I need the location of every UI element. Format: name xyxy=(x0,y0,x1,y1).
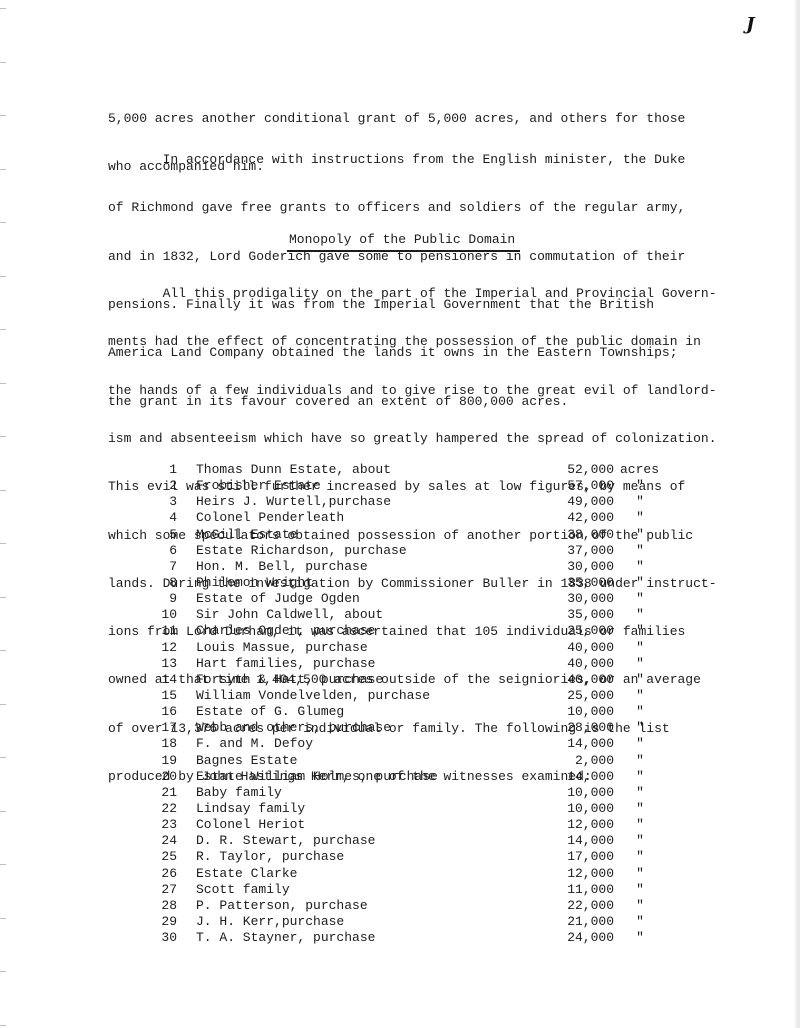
margin-tick xyxy=(0,115,6,116)
item-number: 28 xyxy=(150,898,177,914)
ditto-mark: " xyxy=(620,527,660,543)
text-line: ments had the effect of concentrating th… xyxy=(108,334,728,350)
item-number: 9 xyxy=(150,591,177,607)
list-item: 13Hart families, purchase40,000" xyxy=(150,656,680,672)
scan-edge-shadow xyxy=(795,0,800,1028)
acreage: 52,000 xyxy=(550,462,614,478)
ditto-mark: " xyxy=(620,623,660,639)
item-number: 20 xyxy=(150,769,177,785)
item-number: 19 xyxy=(150,753,177,769)
acreage: 35,000 xyxy=(550,575,614,591)
ditto-mark: " xyxy=(620,510,660,526)
acreage: 40,000 xyxy=(550,672,614,688)
item-number: 24 xyxy=(150,833,177,849)
list-item: 8Philemon Wright35,000" xyxy=(150,575,680,591)
list-item: 27Scott family11,000" xyxy=(150,882,680,898)
margin-tick xyxy=(0,704,6,705)
ditto-mark: " xyxy=(620,801,660,817)
holder-name: T. A. Stayner, purchase xyxy=(196,930,375,946)
margin-tick xyxy=(0,1025,6,1026)
unit-label: acres xyxy=(620,462,660,478)
list-item: 11Charles Ogden, purchase25,000" xyxy=(150,623,680,639)
list-item: 20Estate William Holmes, purchase14,000" xyxy=(150,769,680,785)
item-number: 25 xyxy=(150,849,177,865)
item-number: 10 xyxy=(150,607,177,623)
list-item: 16Estate of G. Glumeg10,000" xyxy=(150,704,680,720)
holder-name: Estate Richardson, purchase xyxy=(196,543,407,559)
item-number: 13 xyxy=(150,656,177,672)
holder-name: F. and M. Defoy xyxy=(196,736,313,752)
holder-name: P. Patterson, purchase xyxy=(196,898,368,914)
margin-tick xyxy=(0,383,6,384)
margin-tick xyxy=(0,543,6,544)
item-number: 15 xyxy=(150,688,177,704)
holder-name: Louis Massue, purchase xyxy=(196,640,368,656)
holder-name: Estate William Holmes, purchase xyxy=(196,769,438,785)
list-item: 28P. Patterson, purchase22,000" xyxy=(150,898,680,914)
acreage: 24,000 xyxy=(550,930,614,946)
ditto-mark: " xyxy=(620,672,660,688)
margin-tick xyxy=(0,276,6,277)
item-number: 17 xyxy=(150,720,177,736)
item-number: 8 xyxy=(150,575,177,591)
holder-name: D. R. Stewart, purchase xyxy=(196,833,375,849)
holder-name: R. Taylor, purchase xyxy=(196,849,344,865)
acreage: 12,000 xyxy=(550,817,614,833)
ditto-mark: " xyxy=(620,607,660,623)
acreage: 12,000 xyxy=(550,866,614,882)
ditto-mark: " xyxy=(620,753,660,769)
acreage: 21,000 xyxy=(550,914,614,930)
list-item: 17Webb and others, purchase28,000" xyxy=(150,720,680,736)
holder-name: McGill Estate xyxy=(196,527,297,543)
item-number: 29 xyxy=(150,914,177,930)
item-number: 12 xyxy=(150,640,177,656)
text-line: the hands of a few individuals and to gi… xyxy=(108,383,728,399)
margin-tick xyxy=(0,757,6,758)
acreage: 30,000 xyxy=(550,559,614,575)
list-item: 26Estate Clarke12,000" xyxy=(150,866,680,882)
list-item: 9Estate of Judge Ogden30,000" xyxy=(150,591,680,607)
list-item: 1Thomas Dunn Estate, about52,000acres xyxy=(150,462,680,478)
margin-tick xyxy=(0,811,6,812)
list-item: 14Forsyth & Hatt, purchase40,000" xyxy=(150,672,680,688)
list-item: 19Bagnes Estate2,000" xyxy=(150,753,680,769)
margin-tick xyxy=(0,864,6,865)
ditto-mark: " xyxy=(620,656,660,672)
section-heading: Monopoly of the Public Domain xyxy=(289,232,515,248)
list-item: 7Hon. M. Bell, purchase30,000" xyxy=(150,559,680,575)
list-item: 29J. H. Kerr,purchase21,000" xyxy=(150,914,680,930)
holder-name: Frobisher Estate xyxy=(196,478,321,494)
margin-tick xyxy=(0,597,6,598)
holder-name: Lindsay family xyxy=(196,801,305,817)
margin-tick xyxy=(0,62,6,63)
list-item: 18F. and M. Defoy14,000" xyxy=(150,736,680,752)
holder-name: Estate Clarke xyxy=(196,866,297,882)
acreage: 37,000 xyxy=(550,543,614,559)
item-number: 4 xyxy=(150,510,177,526)
item-number: 21 xyxy=(150,785,177,801)
heading-underline xyxy=(287,250,520,252)
list-item: 22Lindsay family10,000" xyxy=(150,801,680,817)
holder-name: Colonel Penderleath xyxy=(196,510,344,526)
list-item: 4Colonel Penderleath42,000" xyxy=(150,510,680,526)
list-item: 24D. R. Stewart, purchase14,000" xyxy=(150,833,680,849)
ditto-mark: " xyxy=(620,866,660,882)
ditto-mark: " xyxy=(620,543,660,559)
list-item: 6Estate Richardson, purchase37,000" xyxy=(150,543,680,559)
list-item: 25R. Taylor, purchase17,000" xyxy=(150,849,680,865)
acreage: 10,000 xyxy=(550,801,614,817)
holder-name: Baby family xyxy=(196,785,282,801)
holder-name: Estate of Judge Ogden xyxy=(196,591,360,607)
holder-name: J. H. Kerr,purchase xyxy=(196,914,344,930)
list-item: 10Sir John Caldwell, about35,000" xyxy=(150,607,680,623)
item-number: 14 xyxy=(150,672,177,688)
ditto-mark: " xyxy=(620,575,660,591)
holder-name: Bagnes Estate xyxy=(196,753,297,769)
acreage: 42,000 xyxy=(550,510,614,526)
holder-name: Colonel Heriot xyxy=(196,817,305,833)
margin-tick xyxy=(0,436,6,437)
margin-tick xyxy=(0,918,6,919)
item-number: 6 xyxy=(150,543,177,559)
list-item: 30T. A. Stayner, purchase24,000" xyxy=(150,930,680,946)
acreage: 14,000 xyxy=(550,736,614,752)
holder-name: Hart families, purchase xyxy=(196,656,375,672)
holder-name: Charles Ogden, purchase xyxy=(196,623,375,639)
acreage: 10,000 xyxy=(550,785,614,801)
item-number: 27 xyxy=(150,882,177,898)
ditto-mark: " xyxy=(620,898,660,914)
ditto-mark: " xyxy=(620,817,660,833)
margin-tick xyxy=(0,8,6,9)
acreage: 35,000 xyxy=(550,607,614,623)
acreage: 11,000 xyxy=(550,882,614,898)
text-line: of Richmond gave free grants to officers… xyxy=(108,200,728,216)
holder-name: Thomas Dunn Estate, about xyxy=(196,462,391,478)
list-item: 21Baby family10,000" xyxy=(150,785,680,801)
item-number: 23 xyxy=(150,817,177,833)
ditto-mark: " xyxy=(620,478,660,494)
item-number: 26 xyxy=(150,866,177,882)
holder-name: Webb and others, purchase xyxy=(196,720,391,736)
acreage: 14,000 xyxy=(550,833,614,849)
ditto-mark: " xyxy=(620,704,660,720)
ditto-mark: " xyxy=(620,494,660,510)
item-number: 1 xyxy=(150,462,177,478)
acreage: 25,000 xyxy=(550,623,614,639)
holder-name: Philemon Wright xyxy=(196,575,313,591)
page-mark: J xyxy=(746,14,755,35)
holder-name: Heirs J. Wurtell,purchase xyxy=(196,494,391,510)
acreage: 40,000 xyxy=(550,656,614,672)
ditto-mark: " xyxy=(620,849,660,865)
item-number: 7 xyxy=(150,559,177,575)
acreage: 17,000 xyxy=(550,849,614,865)
item-number: 2 xyxy=(150,478,177,494)
margin-tick xyxy=(0,971,6,972)
item-number: 30 xyxy=(150,930,177,946)
holder-name: Forsyth & Hatt, purchase xyxy=(196,672,383,688)
list-item: 12Louis Massue, purchase40,000" xyxy=(150,640,680,656)
ditto-mark: " xyxy=(620,833,660,849)
landholders-list: 1Thomas Dunn Estate, about52,000acres2Fr… xyxy=(150,462,680,946)
ditto-mark: " xyxy=(620,882,660,898)
ditto-mark: " xyxy=(620,720,660,736)
acreage: 28,000 xyxy=(550,720,614,736)
item-number: 5 xyxy=(150,527,177,543)
text-line: All this prodigality on the part of the … xyxy=(108,286,728,302)
acreage: 57,000 xyxy=(550,478,614,494)
acreage: 40,000 xyxy=(550,640,614,656)
holder-name: Estate of G. Glumeg xyxy=(196,704,344,720)
acreage: 2,000 xyxy=(550,753,614,769)
item-number: 16 xyxy=(150,704,177,720)
item-number: 18 xyxy=(150,736,177,752)
acreage: 38,000 xyxy=(550,527,614,543)
ditto-mark: " xyxy=(620,559,660,575)
list-item: 3Heirs J. Wurtell,purchase49,000" xyxy=(150,494,680,510)
holder-name: Hon. M. Bell, purchase xyxy=(196,559,368,575)
margin-tick xyxy=(0,222,6,223)
ditto-mark: " xyxy=(620,914,660,930)
acreage: 49,000 xyxy=(550,494,614,510)
ditto-mark: " xyxy=(620,591,660,607)
list-item: 5McGill Estate38,000" xyxy=(150,527,680,543)
acreage: 25,000 xyxy=(550,688,614,704)
margin-tick xyxy=(0,169,6,170)
ditto-mark: " xyxy=(620,930,660,946)
ditto-mark: " xyxy=(620,736,660,752)
margin-tick xyxy=(0,490,6,491)
holder-name: Scott family xyxy=(196,882,290,898)
acreage: 14,000 xyxy=(550,769,614,785)
item-number: 11 xyxy=(150,623,177,639)
acreage: 10,000 xyxy=(550,704,614,720)
margin-tick xyxy=(0,650,6,651)
ditto-mark: " xyxy=(620,640,660,656)
item-number: 3 xyxy=(150,494,177,510)
ditto-mark: " xyxy=(620,688,660,704)
text-line: ism and absenteeism which have so greatl… xyxy=(108,431,728,447)
acreage: 30,000 xyxy=(550,591,614,607)
list-item: 2Frobisher Estate57,000" xyxy=(150,478,680,494)
list-item: 23Colonel Heriot12,000" xyxy=(150,817,680,833)
ditto-mark: " xyxy=(620,785,660,801)
acreage: 22,000 xyxy=(550,898,614,914)
ditto-mark: " xyxy=(620,769,660,785)
holder-name: William Vondelvelden, purchase xyxy=(196,688,430,704)
list-item: 15William Vondelvelden, purchase25,000" xyxy=(150,688,680,704)
text-line: In accordance with instructions from the… xyxy=(108,152,728,168)
item-number: 22 xyxy=(150,801,177,817)
margin-tick xyxy=(0,329,6,330)
holder-name: Sir John Caldwell, about xyxy=(196,607,383,623)
